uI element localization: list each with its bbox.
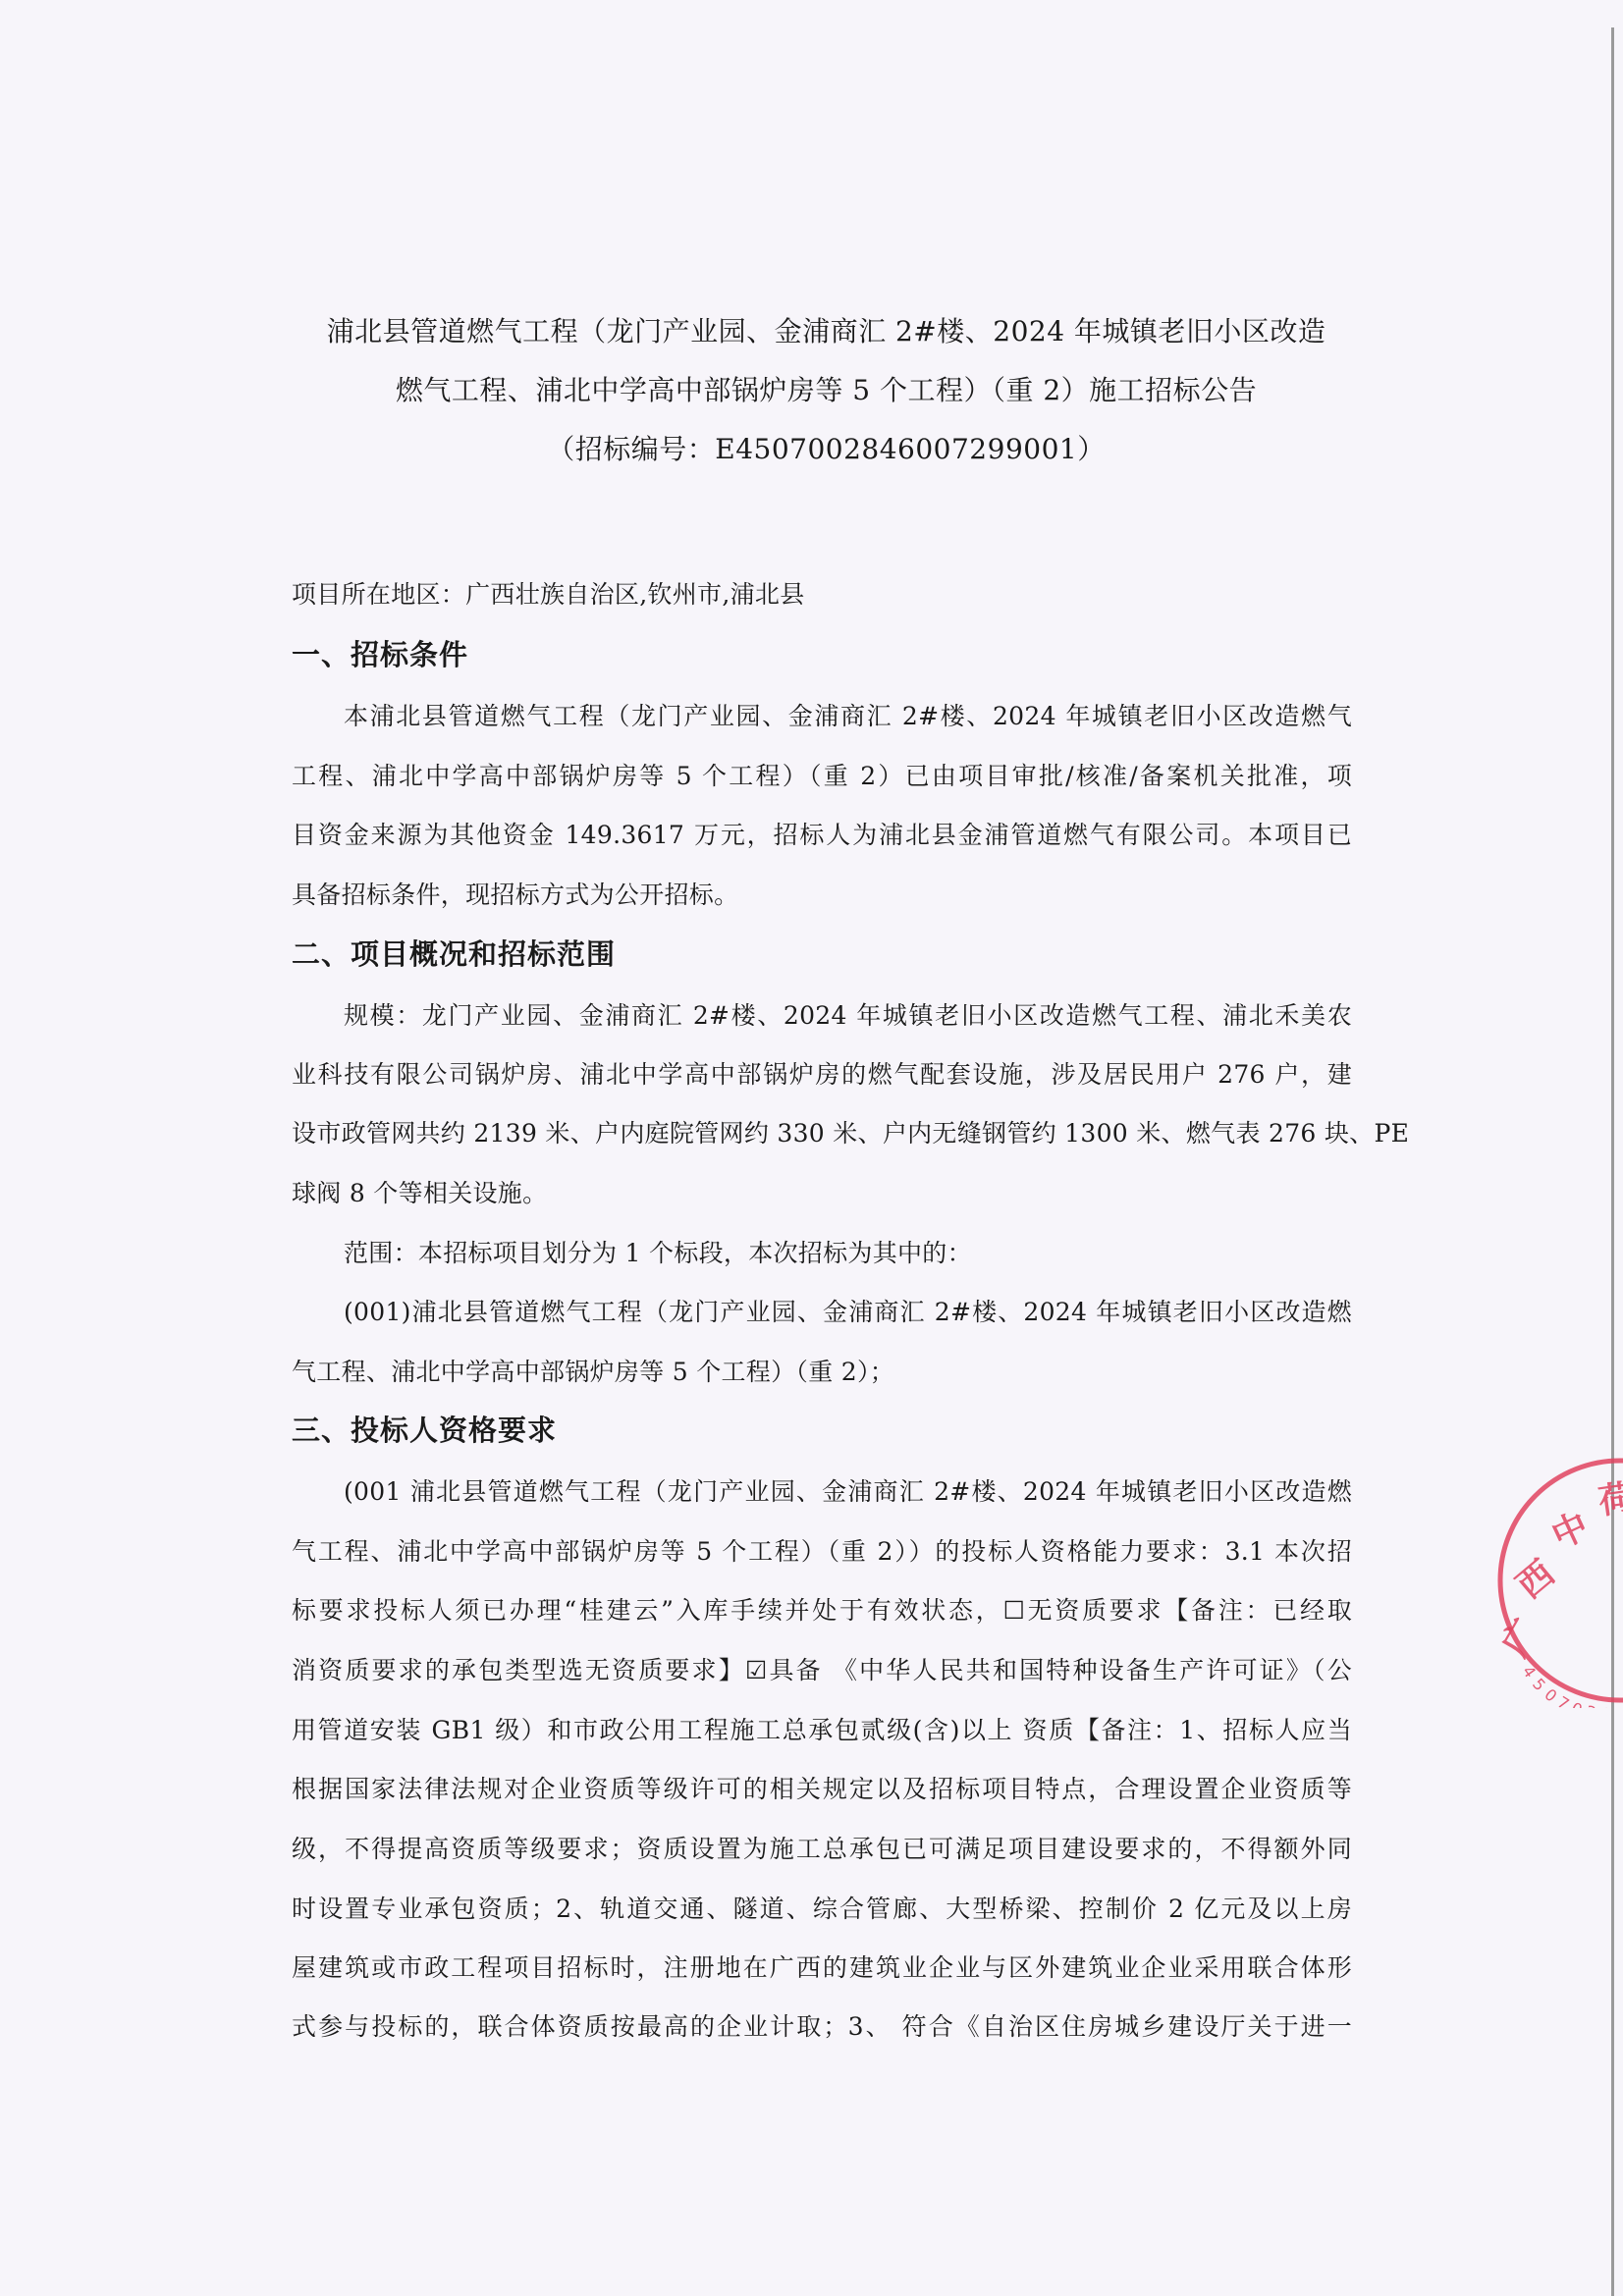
paragraph-line: 规模：龙门产业园、金浦商汇 2#楼、2024 年城镇老旧小区改造燃气工程、浦北禾…: [344, 996, 1352, 1032]
paragraph-line: 范围：本招标项目划分为 1 个标段，本次招标为其中的：: [344, 1234, 1352, 1269]
tender-number: （招标编号：E4507002846007299001）: [0, 428, 1623, 467]
svg-text:中: 中: [1545, 1506, 1595, 1557]
paragraph-line: 屋建筑或市政工程项目招标时，注册地在广西的建筑业企业与区外建筑业企业采用联合体形: [292, 1949, 1352, 1984]
paragraph-line: 气工程、浦北中学高中部锅炉房等 5 个工程）（重 2）；: [292, 1353, 1352, 1388]
paragraph-line: 用管道安装 GB1 级）和市政公用工程施工总承包贰级(含)以上 资质【备注：1、…: [292, 1711, 1352, 1746]
section-heading-project-overview: 二、项目概况和招标范围: [292, 933, 616, 973]
paragraph-line: 目资金来源为其他资金 149.3617 万元，招标人为浦北县金浦管道燃气有限公司…: [292, 816, 1352, 851]
svg-text:荷: 荷: [1596, 1477, 1623, 1522]
paragraph-line: 球阀 8 个等相关设施。: [292, 1174, 1352, 1209]
svg-text:4: 4: [1519, 1662, 1540, 1681]
paragraph-line: 工程、浦北中学高中部锅炉房等 5 个工程）（重 2）已由项目审批/核准/备案机关…: [292, 757, 1352, 792]
paragraph-line: 根据国家法律法规对企业资质等级许可的相关规定以及招标项目特点，合理设置企业资质等: [292, 1770, 1352, 1805]
company-seal-stamp: 广 西 中 荷 4 5 0 7 0 2 0 0: [1492, 1453, 1623, 1708]
paragraph-line: 本浦北县管道燃气工程（龙门产业园、金浦商汇 2#楼、2024 年城镇老旧小区改造…: [344, 697, 1352, 732]
svg-text:0: 0: [1616, 1705, 1623, 1708]
scan-edge-line: [1611, 27, 1614, 2296]
paragraph-line: 业科技有限公司锅炉房、浦北中学高中部锅炉房的燃气配套设施，涉及居民用户 276 …: [292, 1055, 1352, 1091]
paragraph-line: 气工程、浦北中学高中部锅炉房等 5 个工程）（重 2））的投标人资格能力要求：3…: [292, 1532, 1352, 1568]
title-line-2: 燃气工程、浦北中学高中部锅炉房等 5 个工程）（重 2）施工招标公告: [0, 369, 1623, 408]
paragraph-line: 具备招标条件，现招标方式为公开招标。: [292, 876, 1352, 911]
paragraph-line: 设市政管网共约 2139 米、户内庭院管网约 330 米、户内无缝钢管约 130…: [292, 1114, 1352, 1149]
svg-text:2: 2: [1584, 1702, 1598, 1708]
paragraph-line: 标要求投标人须已办理“桂建云”入库手续并处于有效状态，☐无资质要求【备注：已经取: [292, 1591, 1352, 1627]
paragraph-line: (001)浦北县管道燃气工程（龙门产业园、金浦商汇 2#楼、2024 年城镇老旧…: [344, 1293, 1352, 1328]
project-location: 项目所在地区：广西壮族自治区,钦州市,浦北县: [292, 575, 1352, 611]
svg-text:广: 广: [1494, 1613, 1547, 1664]
svg-text:0: 0: [1599, 1704, 1612, 1708]
section-heading-bid-conditions: 一、招标条件: [292, 633, 468, 673]
paragraph-line: 时设置专业承包资质；2、轨道交通、隧道、综合管廊、大型桥梁、控制价 2 亿元及以…: [292, 1890, 1352, 1925]
paragraph-line: 式参与投标的，联合体资质按最高的企业计取；3、 符合《自治区住房城乡建设厅关于进…: [292, 2007, 1352, 2043]
paragraph-line: (001 浦北县管道燃气工程（龙门产业园、金浦商汇 2#楼、2024 年城镇老旧…: [344, 1472, 1352, 1508]
paragraph-line: 级，不得提高资质等级要求；资质设置为施工总承包已可满足项目建设要求的，不得额外同: [292, 1830, 1352, 1865]
paragraph-line: 消资质要求的承包类型选无资质要求】☑具备 《中华人民共和国特种设备生产许可证》（…: [292, 1651, 1352, 1686]
title-line-1: 浦北县管道燃气工程（龙门产业园、金浦商汇 2#楼、2024 年城镇老旧小区改造: [0, 310, 1623, 349]
section-heading-bidder-qualifications: 三、投标人资格要求: [292, 1409, 557, 1449]
document-page: 浦北县管道燃气工程（龙门产业园、金浦商汇 2#楼、2024 年城镇老旧小区改造 …: [0, 0, 1623, 2296]
svg-text:西: 西: [1509, 1553, 1562, 1607]
